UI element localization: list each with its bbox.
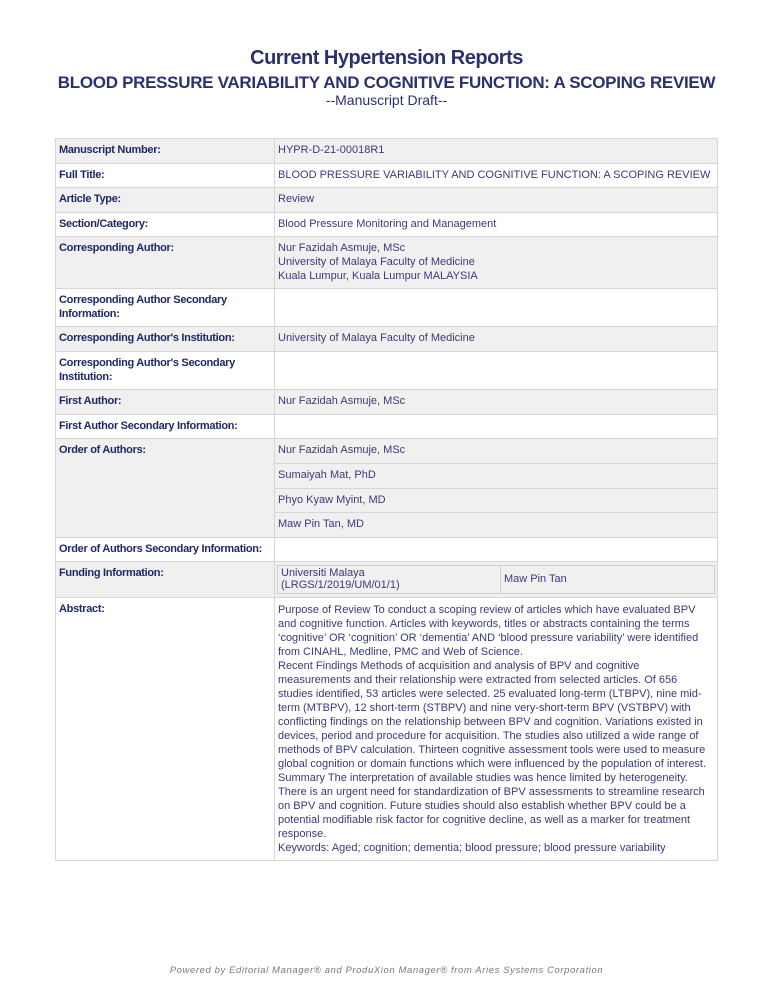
document-header: Current Hypertension Reports BLOOD PRESS… — [0, 46, 773, 108]
order-of-authors-secondary-value — [275, 537, 718, 562]
author-item: Phyo Kyaw Myint, MD — [275, 489, 717, 514]
field-label: Full Title: — [56, 163, 275, 188]
abstract-value: Purpose of Review To conduct a scoping r… — [275, 598, 718, 861]
corresponding-author-value: Nur Fazidah Asmuje, MSc University of Ma… — [275, 237, 718, 289]
row-first-author: First Author: Nur Fazidah Asmuje, MSc — [56, 390, 718, 415]
order-of-authors-list: Nur Fazidah Asmuje, MSc Sumaiyah Mat, Ph… — [275, 439, 718, 537]
funding-recipient: Maw Pin Tan — [501, 566, 715, 594]
corresponding-author-location: Kuala Lumpur, Kuala Lumpur MALAYSIA — [278, 270, 714, 284]
funding-sponsor: Universiti Malaya (LRGS/1/2019/UM/01/1) — [278, 566, 501, 594]
section-category-value: Blood Pressure Monitoring and Management — [275, 212, 718, 237]
row-funding-information: Funding Information: Universiti Malaya (… — [56, 562, 718, 598]
manuscript-number-value: HYPR-D-21-00018R1 — [275, 139, 718, 164]
field-label: First Author Secondary Information: — [56, 414, 275, 439]
row-order-of-authors-secondary: Order of Authors Secondary Information: — [56, 537, 718, 562]
row-article-type: Article Type: Review — [56, 188, 718, 213]
field-label: Order of Authors: — [56, 439, 275, 537]
field-label: Funding Information: — [56, 562, 275, 598]
row-manuscript-number: Manuscript Number: HYPR-D-21-00018R1 — [56, 139, 718, 164]
field-label: Corresponding Author's Institution: — [56, 327, 275, 352]
draft-status: --Manuscript Draft-- — [0, 92, 773, 108]
author-item: Maw Pin Tan, MD — [275, 513, 717, 537]
row-first-author-secondary: First Author Secondary Information: — [56, 414, 718, 439]
full-title-value: BLOOD PRESSURE VARIABILITY AND COGNITIVE… — [275, 163, 718, 188]
abstract-keywords: Keywords: Aged; cognition; dementia; blo… — [278, 841, 714, 855]
field-label: Corresponding Author Secondary Informati… — [56, 289, 275, 327]
corresponding-secondary-institution-value — [275, 351, 718, 389]
powered-by-footer: Powered by Editorial Manager® and ProduX… — [0, 965, 773, 976]
journal-name: Current Hypertension Reports — [0, 46, 773, 70]
article-type-value: Review — [275, 188, 718, 213]
corresponding-author-name: Nur Fazidah Asmuje, MSc — [278, 242, 714, 256]
field-label: Corresponding Author's Secondary Institu… — [56, 351, 275, 389]
row-corresponding-author-secondary: Corresponding Author Secondary Informati… — [56, 289, 718, 327]
funding-grant-number: (LRGS/1/2019/UM/01/1) — [281, 580, 497, 592]
manuscript-title: BLOOD PRESSURE VARIABILITY AND COGNITIVE… — [57, 74, 717, 92]
funding-information-value: Universiti Malaya (LRGS/1/2019/UM/01/1) … — [275, 562, 718, 598]
row-full-title: Full Title: BLOOD PRESSURE VARIABILITY A… — [56, 163, 718, 188]
abstract-purpose: Purpose of Review To conduct a scoping r… — [278, 603, 714, 659]
author-item: Sumaiyah Mat, PhD — [275, 464, 717, 489]
manuscript-metadata-table: Manuscript Number: HYPR-D-21-00018R1 Ful… — [55, 138, 718, 861]
funding-table: Universiti Malaya (LRGS/1/2019/UM/01/1) … — [277, 565, 715, 594]
row-corresponding-institution: Corresponding Author's Institution: Univ… — [56, 327, 718, 352]
field-label: First Author: — [56, 390, 275, 415]
abstract-summary: Summary The interpretation of available … — [278, 771, 714, 841]
field-label: Corresponding Author: — [56, 237, 275, 289]
field-label: Abstract: — [56, 598, 275, 861]
funding-row: Universiti Malaya (LRGS/1/2019/UM/01/1) … — [278, 566, 715, 594]
row-abstract: Abstract: Purpose of Review To conduct a… — [56, 598, 718, 861]
corresponding-author-affiliation: University of Malaya Faculty of Medicine — [278, 256, 714, 270]
author-item: Nur Fazidah Asmuje, MSc — [275, 439, 717, 464]
row-section-category: Section/Category: Blood Pressure Monitor… — [56, 212, 718, 237]
abstract-findings: Recent Findings Methods of acquisition a… — [278, 659, 714, 771]
corresponding-institution-value: University of Malaya Faculty of Medicine — [275, 327, 718, 352]
field-label: Manuscript Number: — [56, 139, 275, 164]
row-corresponding-secondary-institution: Corresponding Author's Secondary Institu… — [56, 351, 718, 389]
row-corresponding-author: Corresponding Author: Nur Fazidah Asmuje… — [56, 237, 718, 289]
field-label: Article Type: — [56, 188, 275, 213]
field-label: Order of Authors Secondary Information: — [56, 537, 275, 562]
first-author-secondary-value — [275, 414, 718, 439]
field-label: Section/Category: — [56, 212, 275, 237]
row-order-of-authors: Order of Authors: Nur Fazidah Asmuje, MS… — [56, 439, 718, 537]
corresponding-author-secondary-value — [275, 289, 718, 327]
first-author-value: Nur Fazidah Asmuje, MSc — [275, 390, 718, 415]
